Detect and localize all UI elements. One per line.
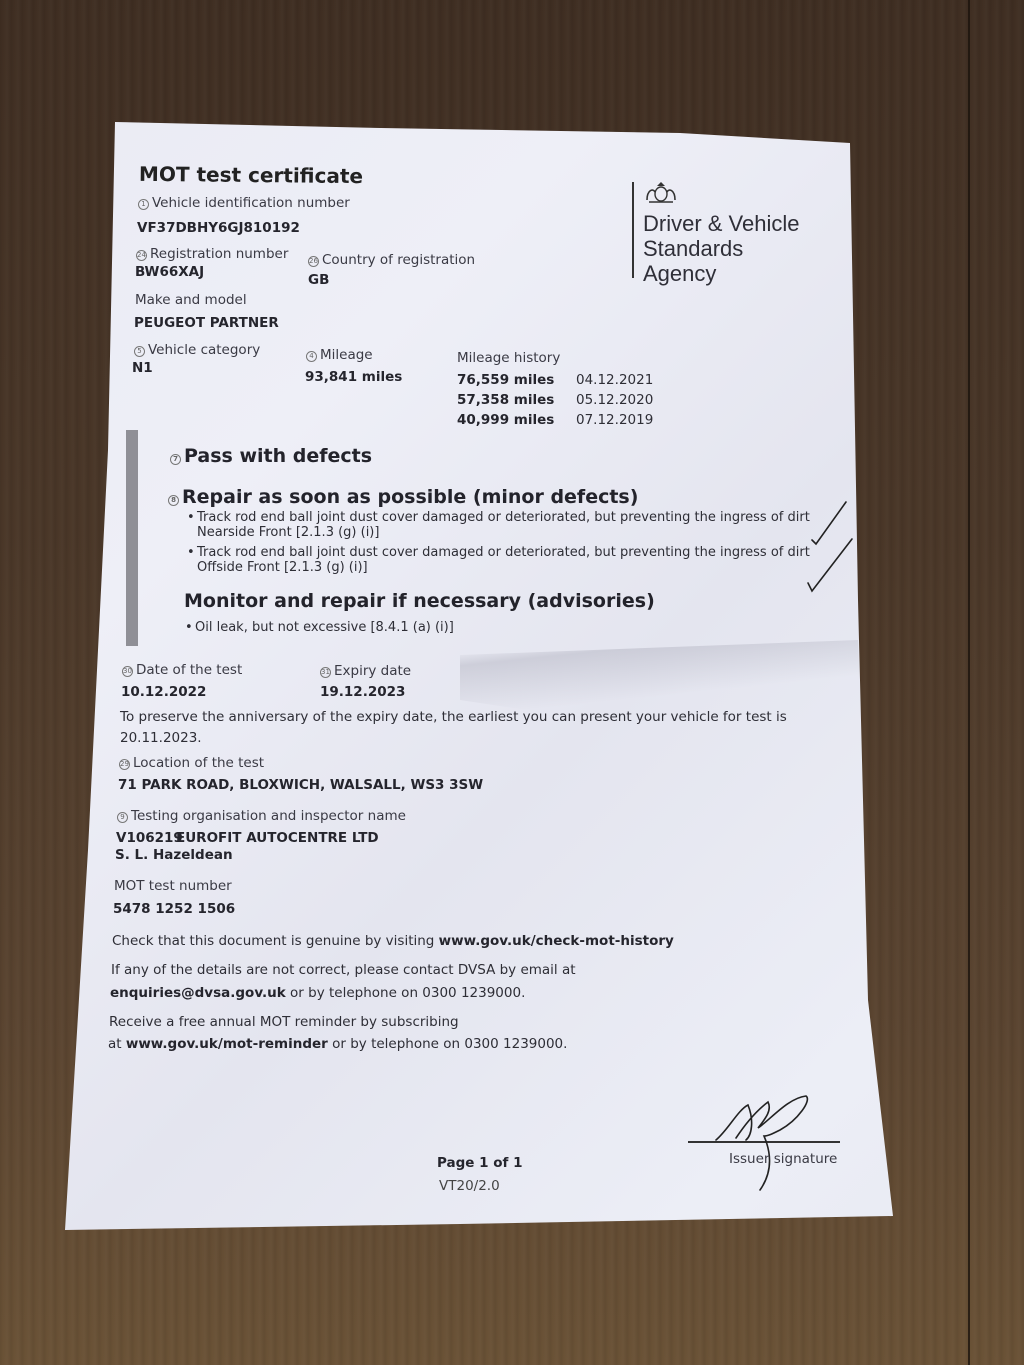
test-result-status: 7Pass with defects <box>170 445 372 467</box>
mileage-history-label: Mileage history <box>457 350 560 366</box>
testing-org-id: V106219 <box>116 830 183 846</box>
field-number-badge: 24 <box>136 250 147 261</box>
vehicle-category-value: N1 <box>132 360 153 376</box>
tester-label: 9Testing organisation and inspector name <box>117 808 406 824</box>
dvsa-email-link[interactable]: enquiries@dvsa.gov.uk <box>110 985 286 1001</box>
mileage-history-miles: 57,358 miles <box>457 392 554 408</box>
agency-name-line3: Agency <box>643 261 716 286</box>
test-date-label: 30Date of the test <box>122 662 242 678</box>
document-title: MOT test certificate <box>139 162 363 188</box>
advisories-heading: Monitor and repair if necessary (advisor… <box>184 590 655 612</box>
reminder-notice-line2: at www.gov.uk/mot-reminder or by telepho… <box>108 1036 567 1052</box>
issuer-signature-label: Issuer signature <box>729 1151 837 1167</box>
expiry-date-label: 31Expiry date <box>320 663 411 679</box>
field-number-badge: 9 <box>117 812 128 823</box>
vehicle-category-label: 5Vehicle category <box>134 342 260 358</box>
agency-name-line2: Standards <box>643 236 743 261</box>
check-mot-history-link[interactable]: www.gov.uk/check-mot-history <box>439 933 674 949</box>
location-label: 29Location of the test <box>119 755 264 771</box>
mileage-value: 93,841 miles <box>305 369 402 385</box>
expiry-date-value: 19.12.2023 <box>320 684 405 700</box>
agency-name-line1: Driver & Vehicle <box>643 211 800 236</box>
field-number-badge: 26 <box>308 256 319 267</box>
minor-defect-item: •Track rod end ball joint dust cover dam… <box>187 545 847 575</box>
minor-defect-item: •Track rod end ball joint dust cover dam… <box>187 510 847 540</box>
royal-crest-icon <box>643 182 679 204</box>
test-date-value: 10.12.2022 <box>121 684 206 700</box>
test-number-value: 5478 1252 1506 <box>113 901 235 917</box>
earliest-test-notice: To preserve the anniversary of the expir… <box>120 709 787 725</box>
result-side-bar <box>126 430 138 646</box>
agency-divider <box>632 182 634 278</box>
reminder-notice-line1: Receive a free annual MOT reminder by su… <box>109 1014 459 1030</box>
form-code: VT20/2.0 <box>439 1178 500 1194</box>
field-number-badge: 7 <box>170 454 181 465</box>
test-number-label: MOT test number <box>114 878 232 894</box>
registration-label: 24Registration number <box>136 246 288 262</box>
earliest-test-date: 20.11.2023. <box>120 730 202 746</box>
mileage-history-miles: 76,559 miles <box>457 372 554 388</box>
advisory-item: •Oil leak, but not excessive [8.4.1 (a) … <box>185 620 825 635</box>
contact-notice-line2: enquiries@dvsa.gov.uk or by telephone on… <box>110 985 525 1001</box>
mileage-history-date: 05.12.2020 <box>576 392 653 408</box>
make-model-value: PEUGEOT PARTNER <box>134 315 279 331</box>
make-model-label: Make and model <box>135 292 247 308</box>
mileage-history-date: 04.12.2021 <box>576 372 653 388</box>
field-number-badge: 8 <box>168 495 179 506</box>
country-label: 26Country of registration <box>308 252 475 268</box>
inspector-name: S. L. Hazeldean <box>115 847 233 863</box>
check-genuine-notice: Check that this document is genuine by v… <box>112 933 674 949</box>
mileage-history-miles: 40,999 miles <box>457 412 554 428</box>
handwritten-check-icon <box>806 535 856 595</box>
testing-org-name: EUROFIT AUTOCENTRE LTD <box>176 830 379 846</box>
table-seam <box>968 0 970 1365</box>
page-number: Page 1 of 1 <box>437 1155 523 1171</box>
registration-value: BW66XAJ <box>135 264 204 280</box>
mileage-history-date: 07.12.2019 <box>576 412 653 428</box>
field-number-badge: 31 <box>320 667 331 678</box>
field-number-badge: 30 <box>122 666 133 677</box>
vin-value: VF37DBHY6GJ810192 <box>137 220 300 236</box>
minor-defects-heading: 8Repair as soon as possible (minor defec… <box>168 486 638 508</box>
mot-reminder-link[interactable]: www.gov.uk/mot-reminder <box>126 1036 328 1052</box>
vin-label: 1Vehicle identification number <box>138 195 350 211</box>
field-number-badge: 29 <box>119 759 130 770</box>
handwritten-signature <box>708 1090 818 1200</box>
mileage-label: 4Mileage <box>306 347 373 363</box>
field-number-badge: 1 <box>138 199 149 210</box>
location-address: 71 PARK ROAD, BLOXWICH, WALSALL, WS3 3SW <box>118 777 483 793</box>
country-value: GB <box>308 272 329 288</box>
field-number-badge: 4 <box>306 351 317 362</box>
contact-notice-line1: If any of the details are not correct, p… <box>111 962 576 978</box>
field-number-badge: 5 <box>134 346 145 357</box>
